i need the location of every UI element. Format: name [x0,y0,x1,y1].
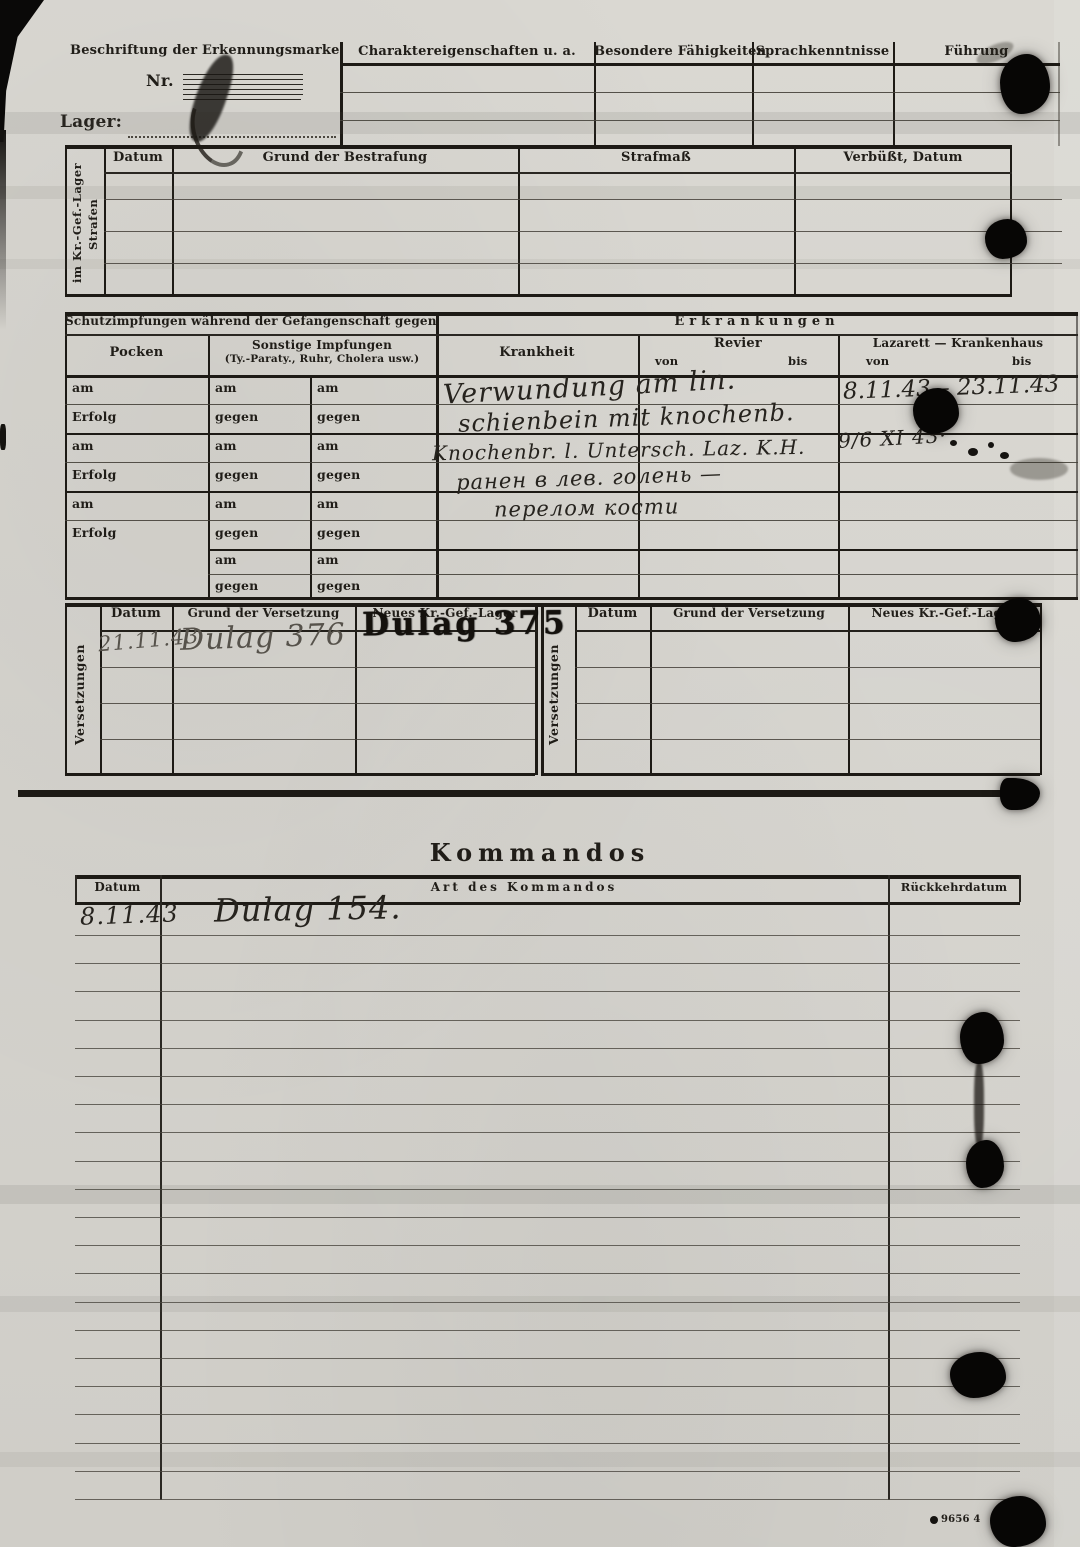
rule-line [75,1217,1020,1218]
ink-blot [913,388,959,434]
rule-line [75,1443,1020,1444]
rule-line [208,574,1078,575]
label-rueckkehrdatum: Rückkehrdatum [888,881,1020,894]
rule-line [340,63,1060,66]
rule-line [18,790,1010,797]
label-verbuesst-datum: Verbüßt, Datum [794,151,1012,166]
rule-line [75,1161,1020,1162]
impf-cell-label: am [317,553,339,567]
impf-cell-label: gegen [215,468,258,482]
ink-speckle [988,442,994,448]
rule-line [541,773,1040,776]
label-sonstige-impfungen-detail: (Ty.-Paraty., Ruhr, Cholera usw.) [208,354,436,366]
label-charaktereigenschaften: Charaktereigenschaften u. a. [340,45,594,60]
impf-cell-label: Erfolg [72,526,117,540]
rule-line [340,92,1060,93]
rule-line [65,491,1078,493]
rule-line [310,375,312,600]
rule-line [75,963,1020,964]
printer-mark: 9656 4 [930,1514,980,1525]
impf-cell-label: gegen [317,526,360,540]
label-versetzungen-side-left: Versetzungen [72,625,87,765]
impf-cell-label: gegen [215,579,258,593]
impf-cell-label: am [215,553,237,567]
rule-line [75,1132,1020,1133]
rule-line [100,739,535,740]
label-lazarett-bis: bis [1012,355,1031,368]
ink-speckle [1000,452,1009,459]
printer-mark-icon [930,1516,938,1524]
rule-line [75,1414,1020,1415]
label-versetzungen-side-right: Versetzungen [546,625,561,765]
printer-mark-number: 9656 4 [941,1514,980,1525]
rule-line [75,1499,1020,1500]
scan-streak [0,259,1080,269]
rule-line [75,1471,1020,1472]
rule-line [75,935,1020,936]
scan-streak [0,1296,1080,1312]
rule-line [75,991,1020,992]
label-sonstige-impfungen: Sonstige Impfungen [208,339,436,352]
rule-line [1040,603,1042,775]
label-beschriftung-erkennungsmarke: Beschriftung der Erkennungsmarke [70,44,330,59]
handwritten-krankheit-line-5: перелом кости [494,494,680,521]
rule-line [65,597,1078,600]
ink-speckle [0,424,6,450]
rule-line [65,603,67,775]
label-versetzung-datum-right: Datum [575,607,650,622]
rule-line [75,875,1020,879]
rule-line [100,603,102,775]
impf-cell-label: am [215,381,237,395]
rule-line [104,172,1012,174]
rule-line [104,231,1062,232]
rule-line [838,334,840,600]
label-lazarett-krankenhaus: Lazarett — Krankenhaus [838,337,1078,350]
ink-smear [974,1062,984,1146]
impf-cell-label: am [317,497,339,511]
handwritten-versetzung-grund: Dulag 376 [179,617,346,658]
rule-line [848,603,850,775]
rule-line [100,667,535,668]
rule-line [75,1048,1020,1049]
page-edge-shadow [0,130,6,330]
label-lazarett-von: von [866,355,889,368]
label-revier-bis: bis [788,355,807,368]
rule-line [75,1245,1020,1246]
label-nr: Nr. [146,72,174,90]
label-kommando-datum: Datum [75,881,160,894]
pow-record-card-page: Beschriftung der Erkennungsmarke Nr. Lag… [0,0,1080,1547]
scan-streak [0,112,1080,134]
impf-cell-label: am [215,497,237,511]
rule-line [75,1358,1020,1359]
label-erkrankungen-gruppe: Erkrankungen [436,315,1078,330]
rule-line [575,703,1040,704]
scan-streak [0,1452,1080,1467]
scan-streak [0,186,1080,199]
rule-line [355,603,357,775]
label-strafen-datum: Datum [104,151,172,166]
handwritten-krankheit-line-4: ранен в лев. голень — [456,461,723,494]
title-kommandos: Kommandos [390,840,690,867]
impf-cell-label: am [72,381,94,395]
impf-cell-label: gegen [317,579,360,593]
rule-line [208,334,210,600]
impf-cell-label: gegen [317,468,360,482]
label-besondere-faehigkeiten: Besondere Fähigkeiten [594,45,752,60]
rule-line [575,630,1040,632]
ink-speckle [950,440,957,446]
rule-line [183,74,303,75]
ink-blot [990,1496,1046,1547]
label-revier: Revier [638,337,838,352]
rule-line [183,79,303,80]
label-strafen-side-2: im Kr.-Gef.-Lager [70,150,84,296]
rule-line [75,1273,1020,1274]
impf-cell-label: am [317,439,339,453]
rule-line [75,1076,1020,1077]
rule-line [575,667,1040,668]
ink-blot [995,598,1041,642]
impf-cell-label: am [72,439,94,453]
label-pocken: Pocken [65,346,208,361]
impf-cell-label: Erfolg [72,468,117,482]
rule-line [1076,312,1078,600]
ink-blot [950,1352,1006,1398]
rule-line [75,1330,1020,1331]
label-schutzimpfungen-gruppe: Schutzimpfungen während der Gefangenscha… [65,315,436,328]
impf-cell-label: am [317,381,339,395]
rule-line [65,145,67,297]
handwritten-kommando-art: Dulag 154. [214,888,402,929]
ink-blot [985,219,1027,259]
label-revier-von: von [655,355,678,368]
scan-streak [0,1185,1080,1204]
rule-line [575,739,1040,740]
rule-line [75,1020,1020,1021]
rule-line [65,773,535,776]
label-strafen-side-1: Strafen [86,158,100,290]
impf-cell-label: am [72,497,94,511]
rule-line [100,703,535,704]
stamp-dulag-375: Dulag 375 [362,604,568,643]
page-margin-light [1054,0,1080,1547]
rule-line [75,1386,1020,1387]
rule-line [104,199,1062,200]
rule-line [75,1104,1020,1105]
ink-blot [1000,54,1050,114]
label-strafmass: Strafmaß [518,151,794,166]
impf-cell-label: gegen [215,410,258,424]
label-grund-der-versetzung-right: Grund der Versetzung [650,607,848,620]
ink-smear [1010,458,1068,480]
ink-blot [966,1140,1004,1188]
impf-cell-label: am [215,439,237,453]
rule-line [575,603,577,775]
handwritten-krankheit-line-3: Knochenbr. l. Untersch. Laz. K.H. [432,435,806,466]
ink-blot [960,1012,1004,1064]
rule-line [65,334,436,336]
rule-line [65,294,1012,297]
rule-line [650,603,652,775]
label-sprachkenntnisse: Sprachkenntnisse [752,45,893,60]
label-krankheit: Krankheit [436,346,638,361]
ink-speckle [968,448,978,456]
impf-cell-label: gegen [317,410,360,424]
handwritten-kommando-datum: 8.11.43 [80,899,180,930]
impf-cell-label: Erfolg [72,410,117,424]
label-versetzung-datum-left: Datum [100,607,172,622]
impf-cell-label: gegen [215,526,258,540]
ink-blot [1000,778,1040,810]
